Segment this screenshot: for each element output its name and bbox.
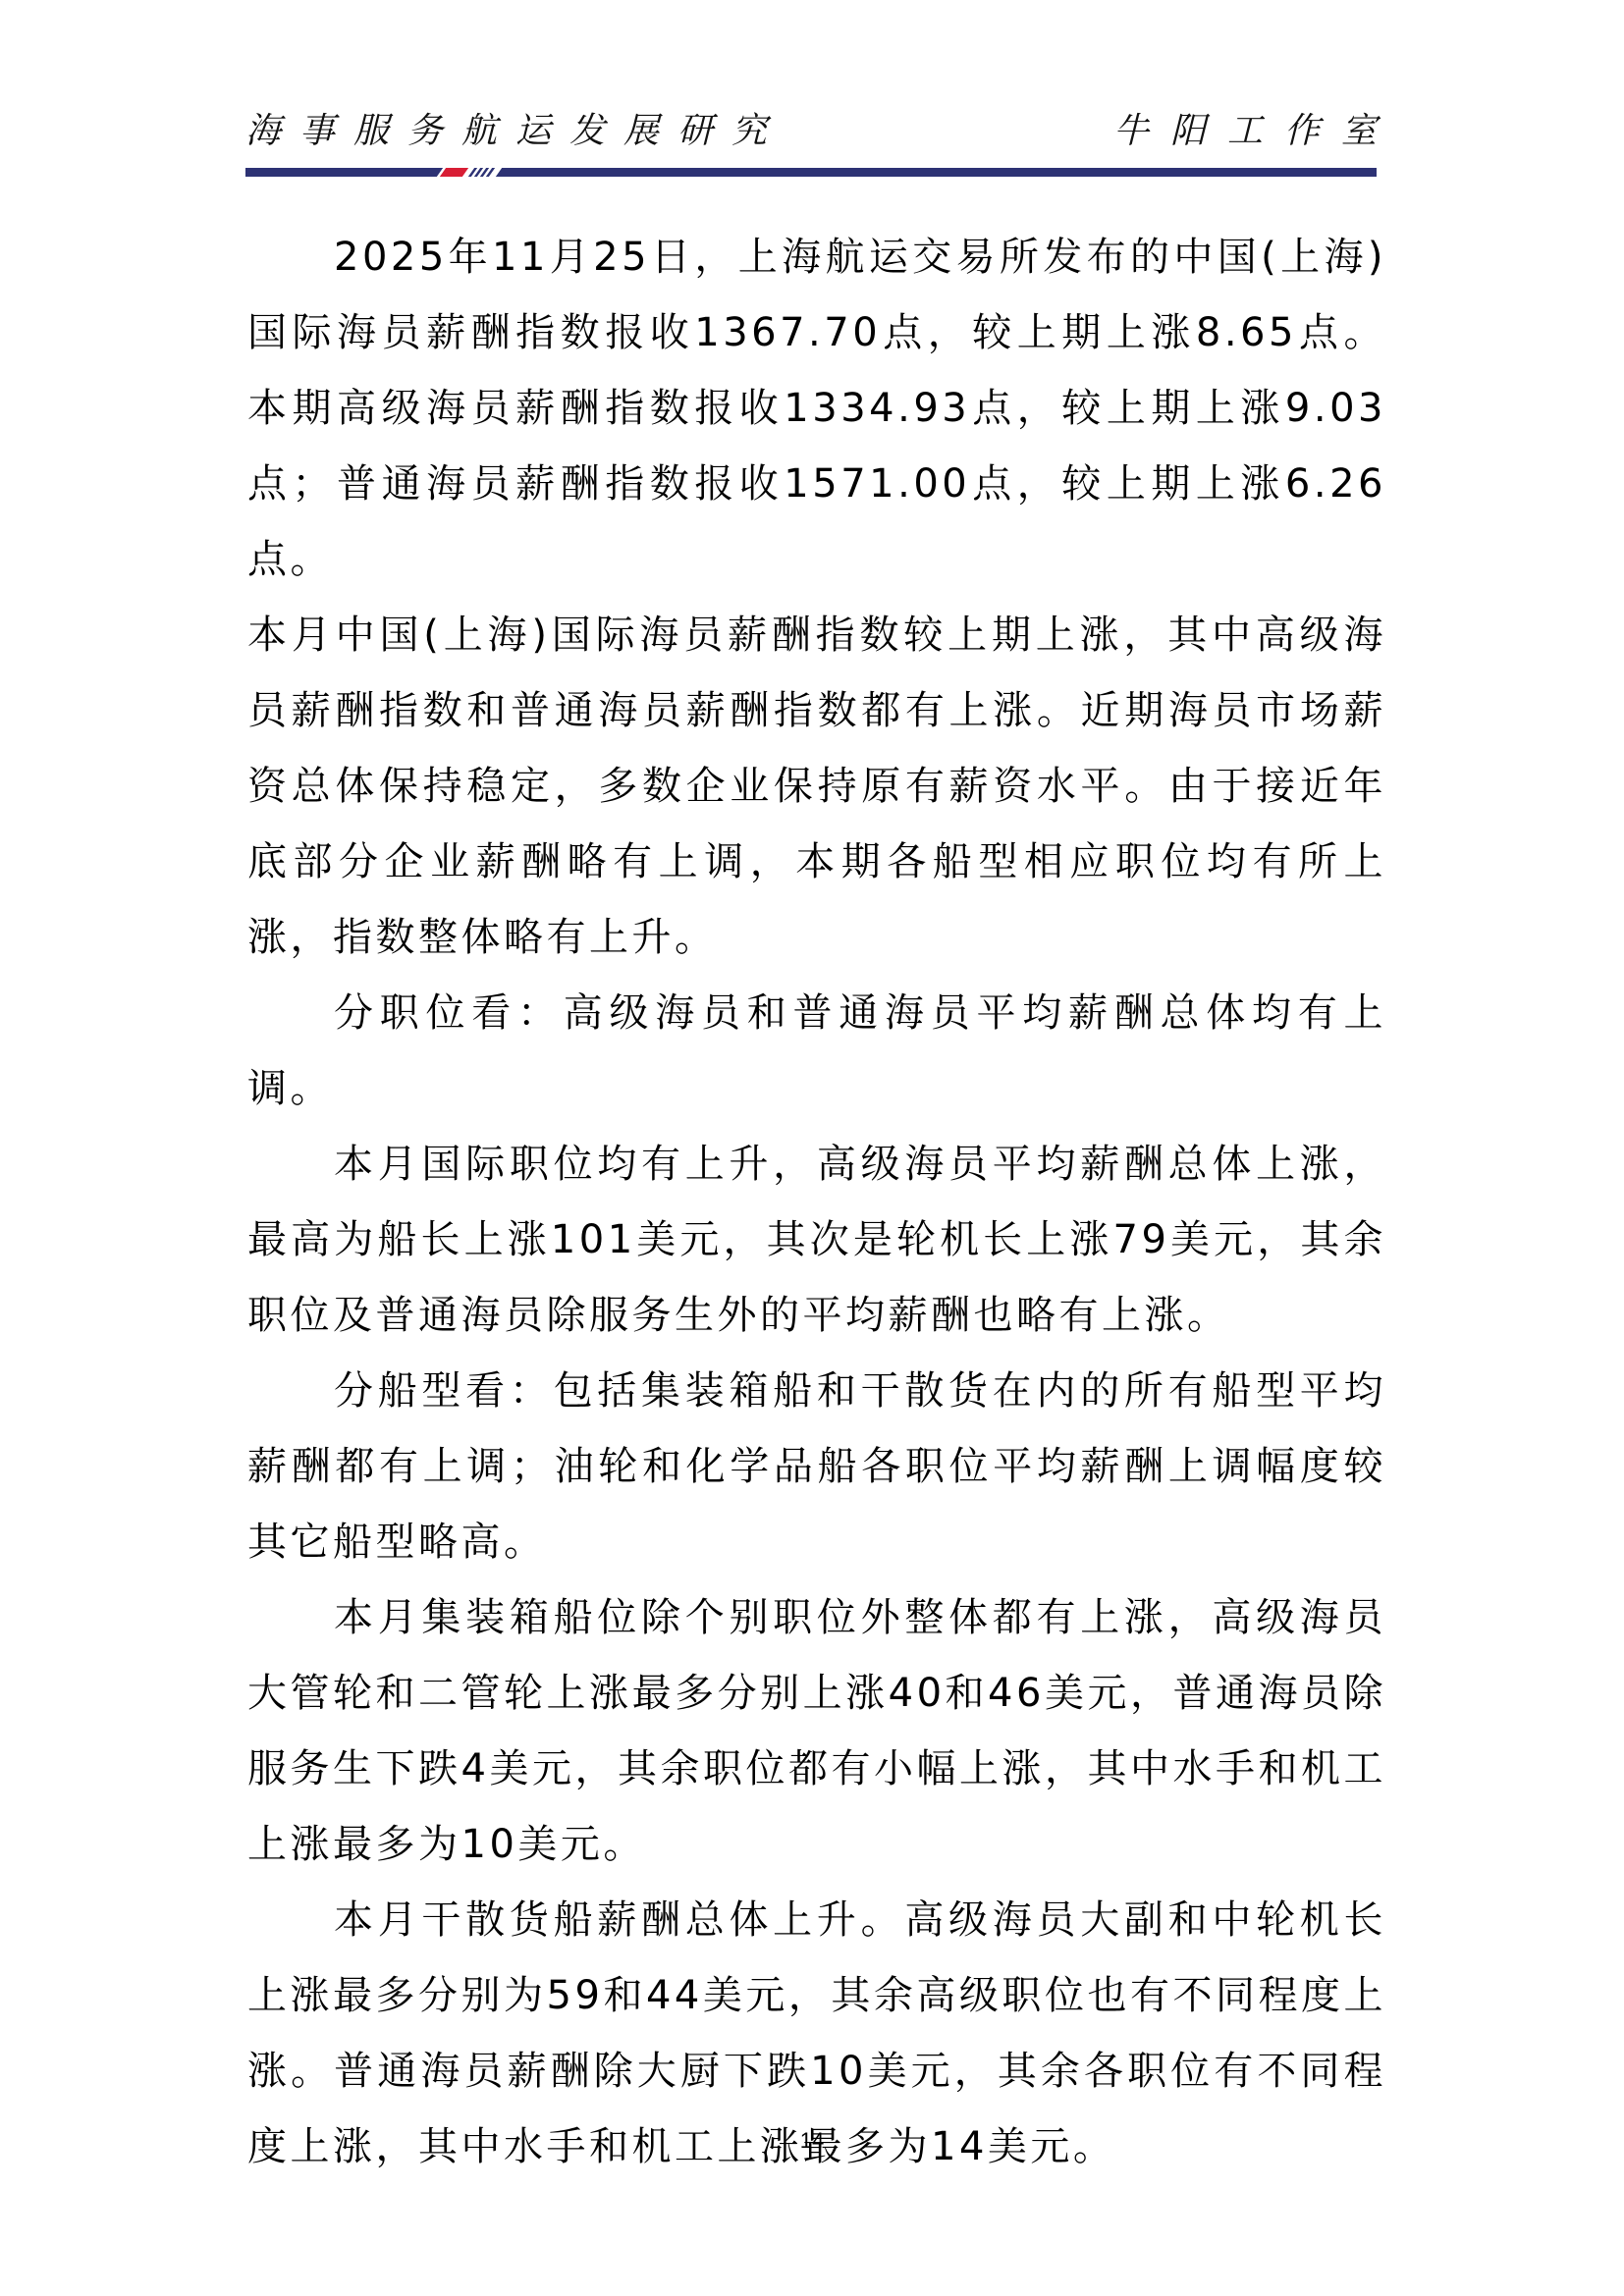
paragraph-by-position: 分职位看：高级海员和普通海员平均薪酬总体均有上调。 — [247, 976, 1386, 1127]
paragraph-container-ships: 本月集装箱船位除个别职位外整体都有上涨，高级海员大管轮和二管轮上涨最多分别上涨4… — [247, 1580, 1386, 1883]
document-body: 2025年11月25日，上海航运交易所发布的中国(上海)国际海员薪酬指数报收13… — [247, 220, 1386, 2185]
paragraph-by-vessel-type: 分船型看：包括集装箱船和干散货在内的所有船型平均薪酬都有上调；油轮和化学品船各职… — [247, 1354, 1386, 1580]
page-header: 海事服务航运发展研究 牛阳工作室 — [245, 106, 1377, 161]
paragraph-international-positions: 本月国际职位均有上升，高级海员平均薪酬总体上涨，最高为船长上涨101美元，其次是… — [247, 1127, 1386, 1354]
page-number: 14 — [0, 2128, 1624, 2154]
paragraph-market-overview: 本月中国(上海)国际海员薪酬指数较上期上涨，其中高级海员薪酬指数和普通海员薪酬指… — [247, 598, 1386, 976]
header-title-left: 海事服务航运发展研究 — [245, 106, 785, 157]
paragraph-index-summary: 2025年11月25日，上海航运交易所发布的中国(上海)国际海员薪酬指数报收13… — [247, 220, 1386, 598]
header-title-right: 牛阳工作室 — [1113, 106, 1398, 157]
header-divider-rule — [245, 168, 1377, 177]
